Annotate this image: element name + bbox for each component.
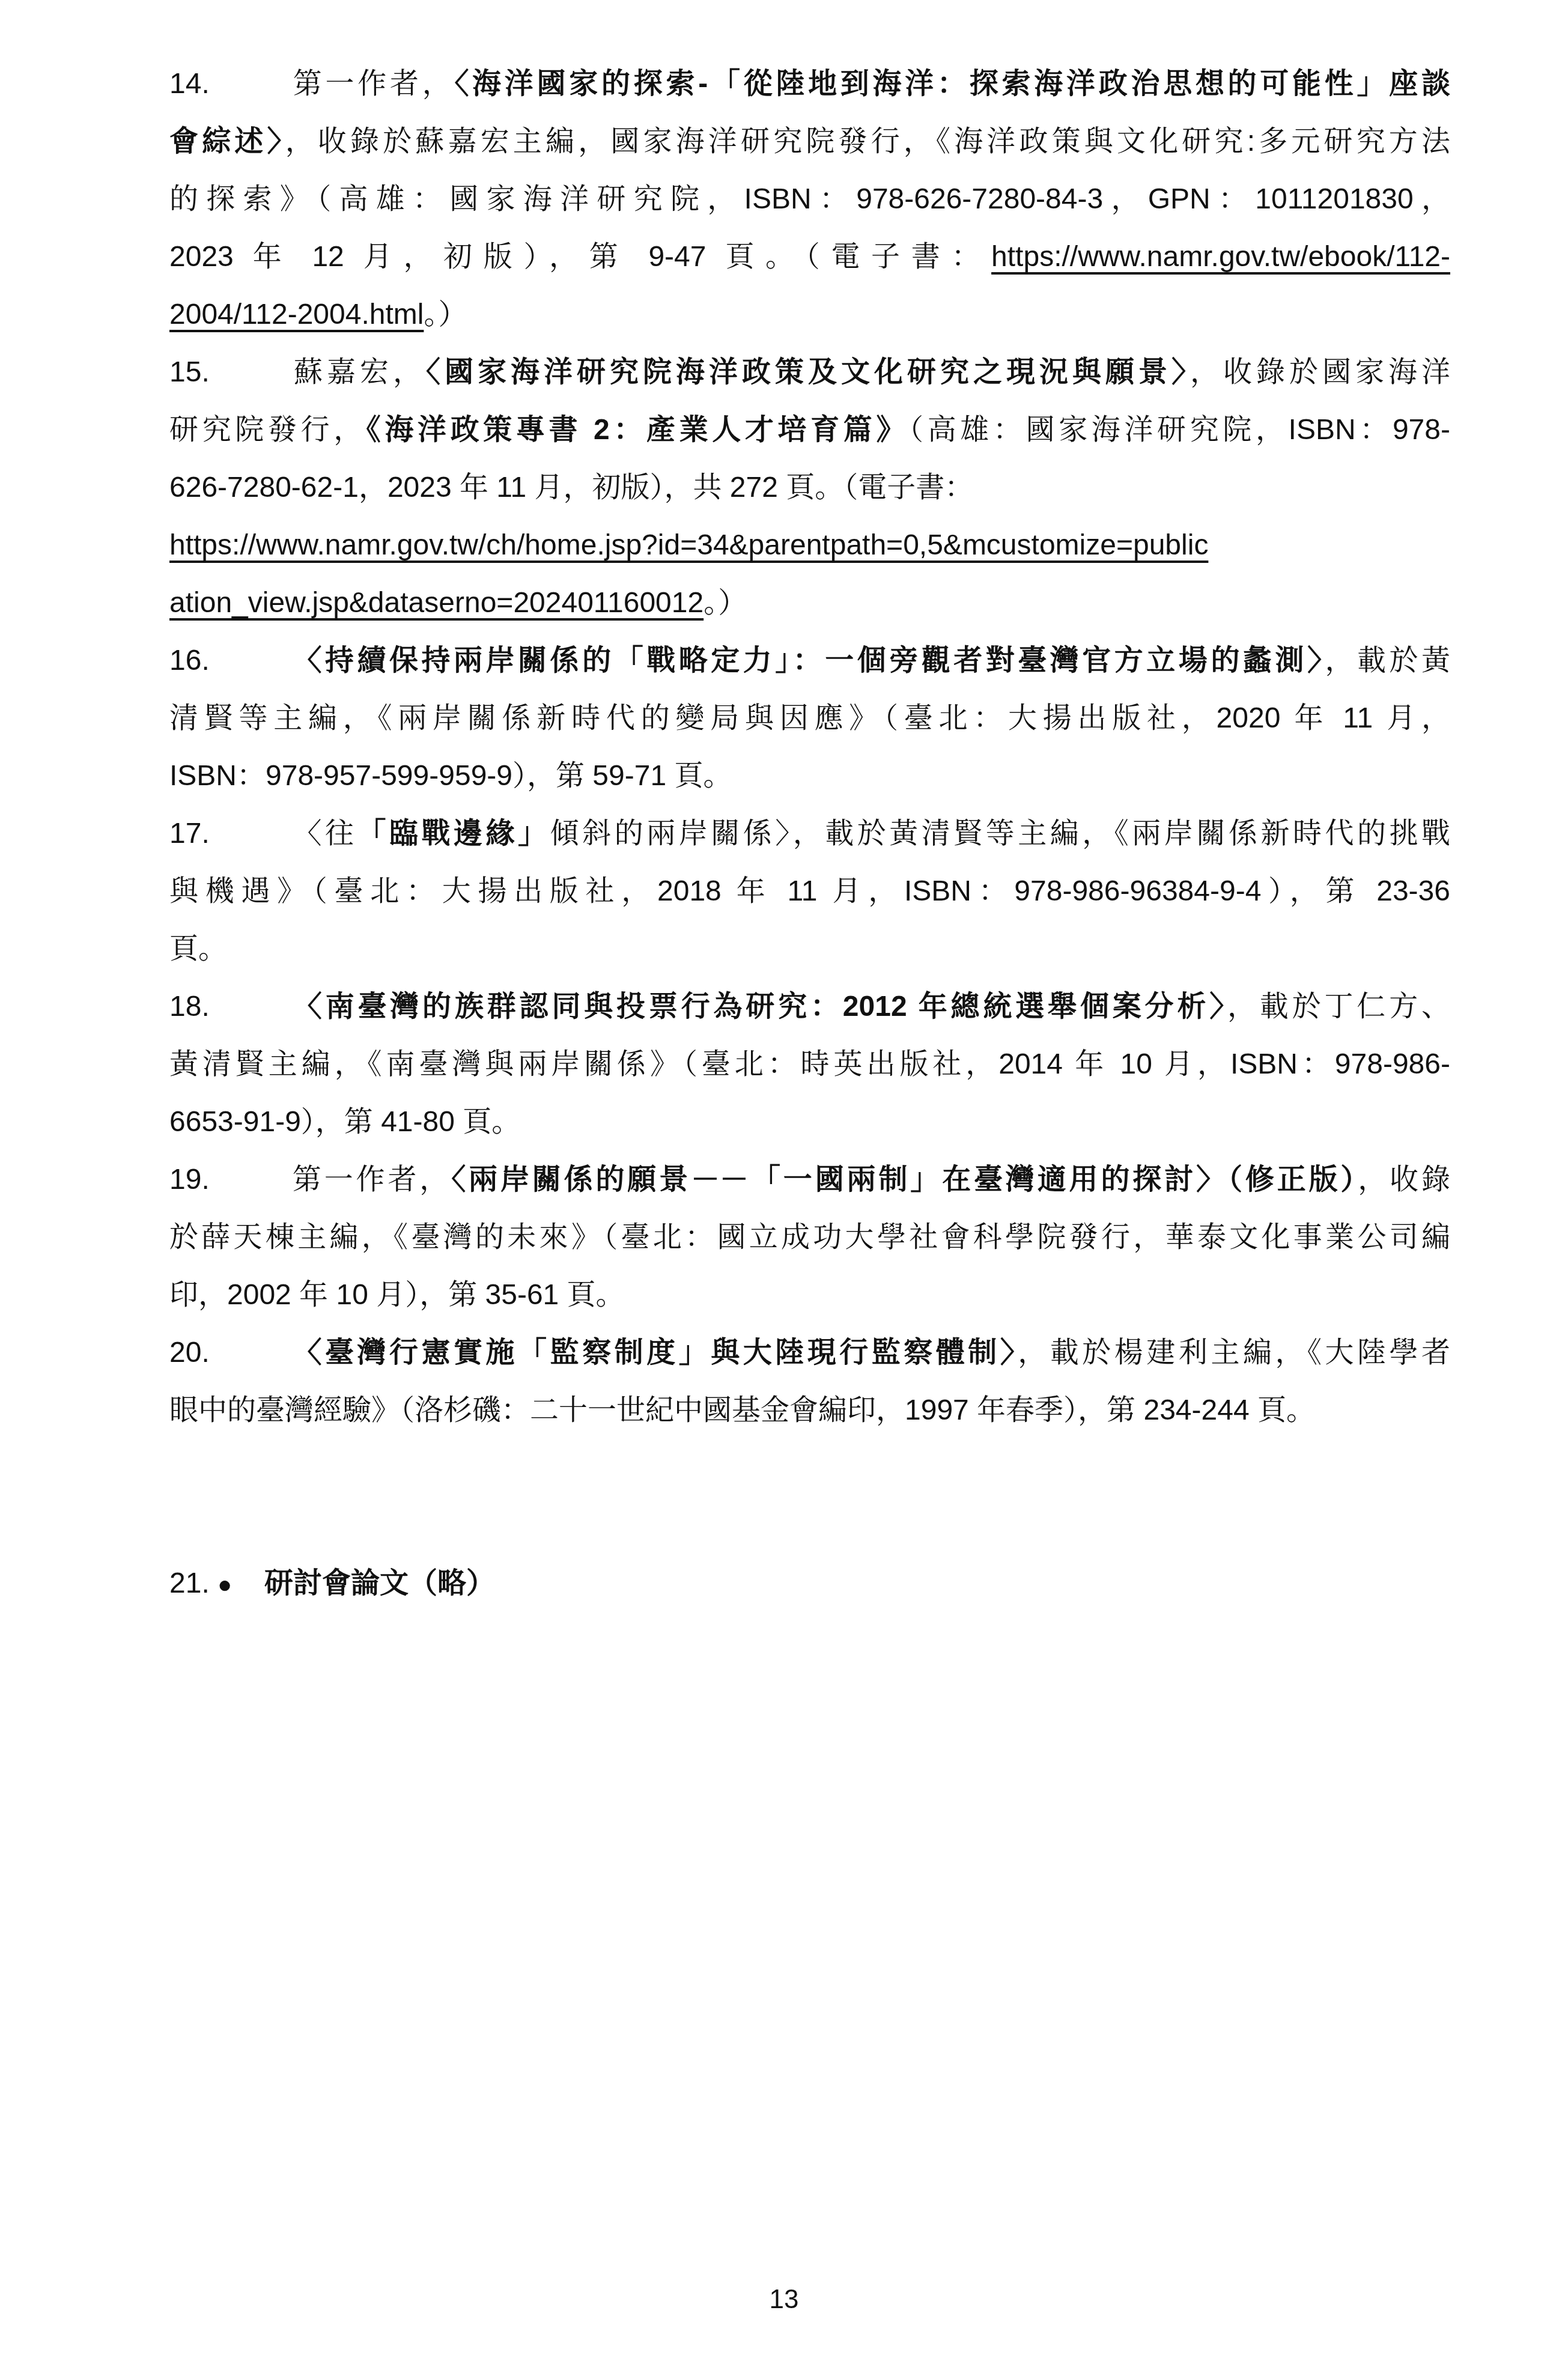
bullet-icon: ● [217,1556,264,1614]
list-item-number: 17. [169,805,290,863]
text-segment: ，載於黃 [1325,645,1450,676]
text-segment: 第一作者， [290,68,454,100]
section-heading-conference-papers: ●研討會論文（略） [169,1497,1450,1555]
text-segment: 〈海洋國家的探索-「從陸地到海洋：探索海洋政治思想的可能性」座談 [454,68,1450,100]
hyperlink-text[interactable]: 2004/112-2004.html [169,299,424,330]
document-line: 頁。 [169,920,1450,978]
list-item-number: 20. [169,1324,290,1382]
document-line: ISBN：978-957-599-959-9），第 59-71 頁。 [169,747,1450,805]
list-item-number: 16. [169,632,290,690]
document-line: 14.第一作者，〈海洋國家的探索-「從陸地到海洋：探索海洋政治思想的可能性」座談 [169,55,1450,113]
text-segment: ，載於楊建利主編，《大陸學者 [1018,1337,1450,1369]
document-line: 2023 年 12 月，初版），第 9-47 頁。（電子書：https://ww… [169,228,1450,286]
list-item-number: 14. [169,55,290,113]
text-segment: 會綜述〉 [169,126,285,157]
document-line: 黃清賢主編，《南臺灣與兩岸關係》（臺北：時英出版社，2014 年 10 月，IS… [169,1036,1450,1093]
text-segment: 「臨戰邊緣」 [357,818,550,849]
text-segment: 研究院發行， [169,414,366,446]
document-line: 清賢等主編，《兩岸關係新時代的變局與因應》（臺北：大揚出版社，2020 年 11… [169,690,1450,747]
text-segment: 蘇嘉宏， [290,356,426,388]
text-segment: 〈南臺灣的族群認同與投票行為研究：2012 年總統選舉個案分析〉 [290,991,1227,1022]
text-segment: 的探索》（高雄：國家海洋研究院，ISBN：978-626-7280-84-3，G… [169,183,1450,215]
document-line: 2004/112-2004.html。） [169,286,1450,344]
text-segment: ，收錄於國家海洋 [1190,356,1450,388]
document-line: 研究院發行，《海洋政策專書 2：產業人才培育篇》（高雄：國家海洋研究院，ISBN… [169,401,1450,459]
document-line: 眼中的臺灣經驗》（洛杉磯：二十一世紀中國基金會編印，1997 年春季），第 23… [169,1382,1450,1439]
text-segment: 6653-91-9），第 41-80 頁。 [169,1106,520,1138]
text-segment: 印，2002 年 10 月），第 35-61 頁。 [169,1279,625,1311]
text-segment: ，收錄 [1358,1164,1450,1196]
text-segment: 《海洋政策專書 2：產業人才培育篇》 [366,414,909,446]
document-line: 印，2002 年 10 月），第 35-61 頁。 [169,1266,1450,1324]
bibliography-lines: 14.第一作者，〈海洋國家的探索-「從陸地到海洋：探索海洋政治思想的可能性」座談… [169,55,1450,1439]
text-segment: 626-7280-62-1，2023 年 11 月，初版），共 272 頁。（電… [169,472,973,503]
text-segment: 〈臺灣行憲實施「監察制度」與大陸現行監察體制〉 [290,1337,1018,1369]
hyperlink-text[interactable]: ation_view.jsp&dataserno=202401160012 [169,587,703,619]
text-segment: 眼中的臺灣經驗》（洛杉磯：二十一世紀中國基金會編印，1997 年春季），第 23… [169,1394,1315,1426]
page-number: 13 [0,2282,1568,2318]
text-segment: 〈國家海洋研究院海洋政策及文化研究之現況與願景〉 [426,356,1190,388]
text-segment: 於薛天棟主編，《臺灣的未來》（臺北：國立成功大學社會科學院發行，華泰文化事業公司… [169,1221,1450,1253]
list-item-number: 15. [169,344,290,401]
document-line: 20.〈臺灣行憲實施「監察制度」與大陸現行監察體制〉，載於楊建利主編，《大陸學者 [169,1324,1450,1382]
hyperlink-text[interactable]: https://www.namr.gov.tw/ch/home.jsp?id=3… [169,529,1208,561]
document-page: 14.第一作者，〈海洋國家的探索-「從陸地到海洋：探索海洋政治思想的可能性」座談… [0,0,1568,2361]
document-line: 18.〈南臺灣的族群認同與投票行為研究：2012 年總統選舉個案分析〉，載於丁仁… [169,978,1450,1036]
document-line: 會綜述〉，收錄於蘇嘉宏主編，國家海洋研究院發行，《海洋政策與文化研究:多元研究方… [169,113,1450,171]
text-segment: 與機遇》（臺北：大揚出版社，2018 年 11 月，ISBN：978-986-9… [169,875,1450,907]
document-line: https://www.namr.gov.tw/ch/home.jsp?id=3… [169,517,1450,574]
text-segment: ，載於丁仁方、 [1227,991,1450,1022]
section-heading-label: 研討會論文（略） [264,1567,495,1599]
text-segment: 傾斜的兩岸關係〉，載於黃清賢等主編，《兩岸關係新時代的挑戰 [550,818,1450,849]
text-segment: 2023 年 12 月，初版），第 9-47 頁。（電子書： [169,241,991,273]
document-line: 於薛天棟主編，《臺灣的未來》（臺北：國立成功大學社會科學院發行，華泰文化事業公司… [169,1209,1450,1266]
text-segment: 〈持續保持兩岸關係的「戰略定力」：一個旁觀者對臺灣官方立場的蠡測〉 [290,645,1325,676]
hyperlink-text[interactable]: https://www.namr.gov.tw/ebook/112- [991,241,1450,273]
document-line: 19.第一作者，〈兩岸關係的願景－－「一國兩制」在臺灣適用的探討〉（修正版），收… [169,1151,1450,1209]
list-item-number: 18. [169,978,290,1036]
document-line: 626-7280-62-1，2023 年 11 月，初版），共 272 頁。（電… [169,459,1450,517]
document-line: 16.〈持續保持兩岸關係的「戰略定力」：一個旁觀者對臺灣官方立場的蠡測〉，載於黃 [169,632,1450,690]
text-segment: ISBN：978-957-599-959-9），第 59-71 頁。 [169,760,732,792]
text-segment: 〈兩岸關係的願景－－「一國兩制」在臺灣適用的探討〉（修正版） [451,1164,1358,1196]
list-item-number: 19. [169,1151,290,1209]
text-segment: 清賢等主編，《兩岸關係新時代的變局與因應》（臺北：大揚出版社，2020 年 11… [169,702,1450,734]
document-line: 15.蘇嘉宏，〈國家海洋研究院海洋政策及文化研究之現況與願景〉，收錄於國家海洋 [169,344,1450,401]
document-line: ation_view.jsp&dataserno=202401160012。） [169,574,1450,632]
document-line: 6653-91-9），第 41-80 頁。 [169,1093,1450,1151]
text-segment: 。） [424,299,467,330]
document-line: 的探索》（高雄：國家海洋研究院，ISBN：978-626-7280-84-3，G… [169,171,1450,228]
text-segment: 。） [703,587,747,619]
text-segment: 頁。 [169,933,227,965]
text-segment: （高雄：國家海洋研究院，ISBN：978- [909,414,1450,446]
text-segment: 第一作者， [290,1164,451,1196]
document-line: 17.〈往「臨戰邊緣」傾斜的兩岸關係〉，載於黃清賢等主編，《兩岸關係新時代的挑戰 [169,805,1450,863]
text-segment: 〈往 [290,818,357,849]
text-segment: 黃清賢主編，《南臺灣與兩岸關係》（臺北：時英出版社，2014 年 10 月，IS… [169,1048,1450,1080]
document-line: 與機遇》（臺北：大揚出版社，2018 年 11 月，ISBN：978-986-9… [169,863,1450,920]
bibliography-list: 14.第一作者，〈海洋國家的探索-「從陸地到海洋：探索海洋政治思想的可能性」座談… [169,55,1450,1612]
text-segment: ，收錄於蘇嘉宏主編，國家海洋研究院發行，《海洋政策與文化研究:多元研究方法 [285,126,1450,157]
